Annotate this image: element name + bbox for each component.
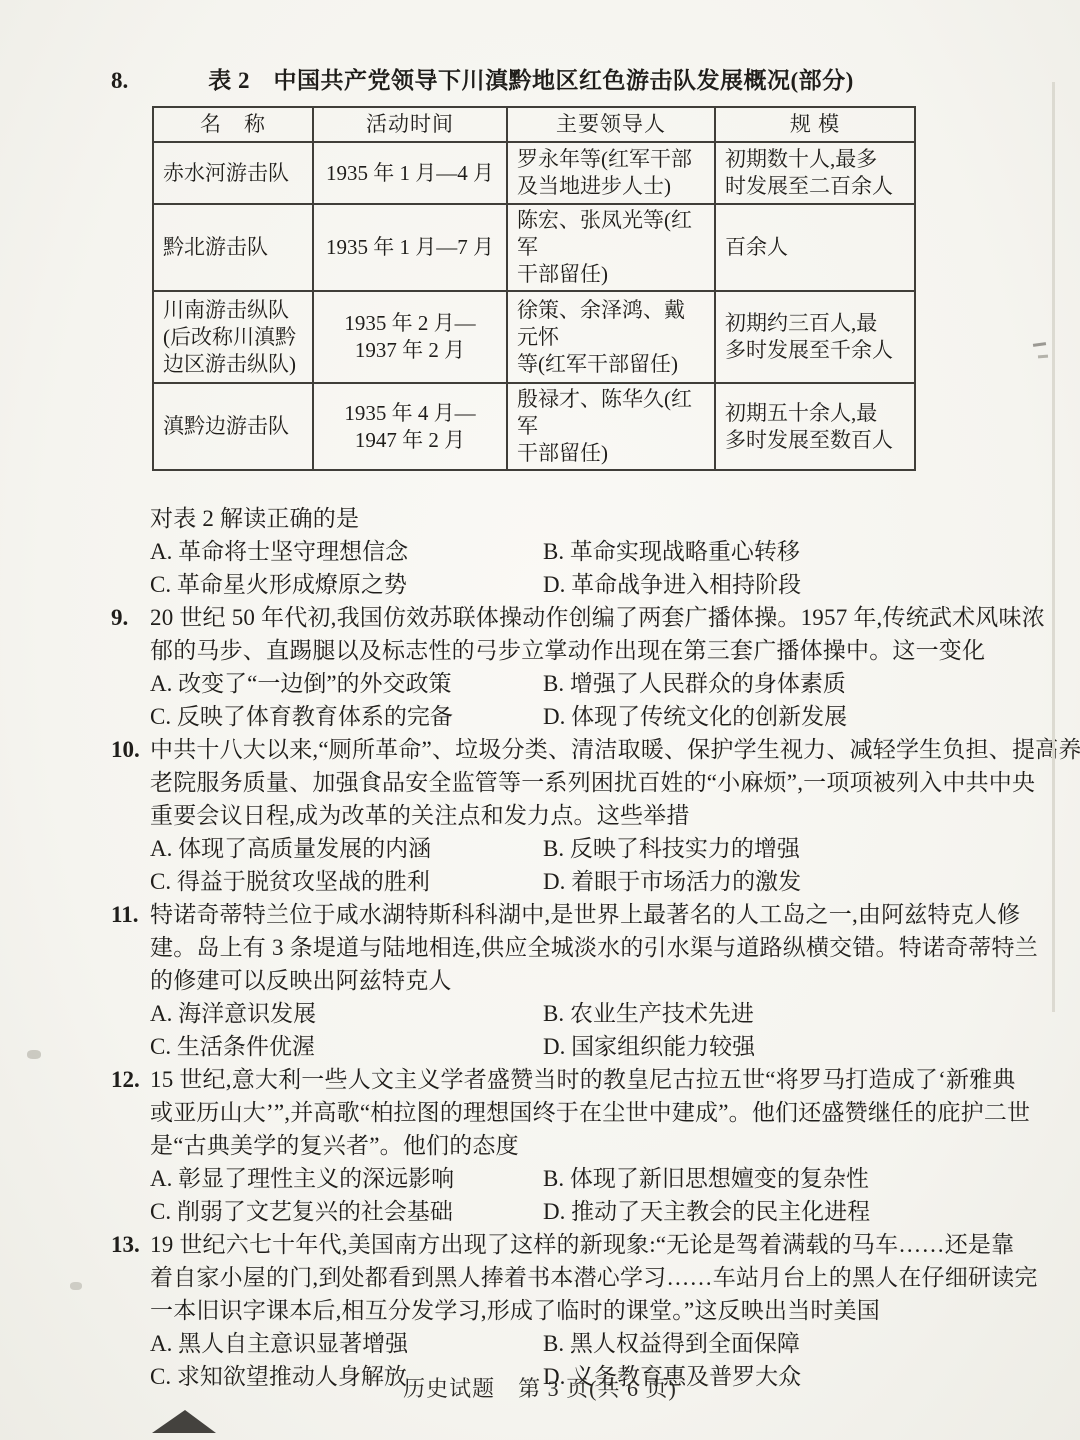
question-text-line: 15 世纪,意大利一些人文主义学者盛赞当时的教皇尼古拉五世“将罗马打造成了‘新雅… <box>150 1063 982 1096</box>
question-8: 8. 表 2 中国共产党领导下川滇黔地区红色游击队发展概况(部分) 名 称 活动… <box>150 64 982 601</box>
question-text-line: 19 世纪六七十年代,美国南方出现了这样的新现象:“无论是驾着满载的马车……还是… <box>150 1228 982 1261</box>
option-a: A. 革命将士坚守理想信念 <box>150 535 543 568</box>
table-row: 川南游击纵队 (后改称川滇黔 边区游击纵队) 1935 年 2 月— 1937 … <box>153 291 915 383</box>
option-d: D. 推动了天主教会的民主化进程 <box>543 1195 982 1228</box>
table-header-name: 名 称 <box>153 107 313 142</box>
question-9-number: 9. <box>111 601 147 634</box>
scan-speck <box>1038 355 1048 359</box>
cell-name: 黔北游击队 <box>153 204 313 291</box>
cell-leaders: 罗永年等(红军干部 及当地进步人士) <box>507 142 715 204</box>
question-text-line: 是“古典美学的复兴者”。他们的态度 <box>150 1129 982 1162</box>
question-text-line: 老院服务质量、加强食品安全监管等一系列困扰百姓的“小麻烦”,一项项被列入中共中央 <box>150 766 982 799</box>
option-a: A. 彰显了理性主义的深远影响 <box>150 1162 543 1195</box>
question-13: 13. 19 世纪六七十年代,美国南方出现了这样的新现象:“无论是驾着满载的马车… <box>150 1228 982 1393</box>
cell-scale: 初期五十余人,最 多时发展至数百人 <box>715 383 915 470</box>
option-row: A. 黑人自主意识显著增强 B. 黑人权益得到全面保障 <box>150 1327 982 1360</box>
question-text-line: 郁的马步、直踢腿以及标志性的弓步立掌动作出现在第三套广播体操中。这一变化 <box>150 634 982 667</box>
option-row: A. 体现了高质量发展的内涵 B. 反映了科技实力的增强 <box>150 832 982 865</box>
option-c: C. 革命星火形成燎原之势 <box>150 568 543 601</box>
scan-speck <box>70 1282 82 1290</box>
option-c: C. 削弱了文艺复兴的社会基础 <box>150 1195 543 1228</box>
exam-page: 8. 表 2 中国共产党领导下川滇黔地区红色游击队发展概况(部分) 名 称 活动… <box>0 0 1080 1440</box>
question-text-line: 着自家小屋的门,到处都看到黑人捧着书本潜心学习……车站月台上的黑人在仔细研读完 <box>150 1261 982 1294</box>
table-header-row: 名 称 活动时间 主要领导人 规 模 <box>153 107 915 142</box>
page-content: 8. 表 2 中国共产党领导下川滇黔地区红色游击队发展概况(部分) 名 称 活动… <box>150 64 982 1393</box>
cell-name: 赤水河游击队 <box>153 142 313 204</box>
option-b: B. 革命实现战略重心转移 <box>543 535 982 568</box>
question-11: 11. 特诺奇蒂特兰位于咸水湖特斯科科湖中,是世界上最著名的人工岛之一,由阿兹特… <box>150 898 982 1063</box>
option-row: A. 海洋意识发展 B. 农业生产技术先进 <box>150 997 982 1030</box>
question-8-stem: 对表 2 解读正确的是 <box>150 502 982 535</box>
table-2-title: 表 2 中国共产党领导下川滇黔地区红色游击队发展概况(部分) <box>150 64 912 98</box>
table-row: 黔北游击队 1935 年 1 月—7 月 陈宏、张凤光等(红军 干部留任) 百余… <box>153 204 915 291</box>
cell-time: 1935 年 1 月—4 月 <box>313 142 507 204</box>
option-row: C. 得益于脱贫攻坚战的胜利 D. 着眼于市场活力的激发 <box>150 865 982 898</box>
cell-time: 1935 年 4 月— 1947 年 2 月 <box>313 383 507 470</box>
cell-name: 川南游击纵队 (后改称川滇黔 边区游击纵队) <box>153 291 313 383</box>
table-2: 名 称 活动时间 主要领导人 规 模 赤水河游击队 1935 年 1 月—4 月… <box>152 106 916 471</box>
question-11-number: 11. <box>111 898 147 931</box>
question-text-line: 20 世纪 50 年代初,我国仿效苏联体操动作创编了两套广播体操。1957 年,… <box>150 601 982 634</box>
cell-scale: 初期约三百人,最 多时发展至千余人 <box>715 291 915 383</box>
option-d: D. 国家组织能力较强 <box>543 1030 982 1063</box>
table-header-scale: 规 模 <box>715 107 915 142</box>
question-text-line: 重要会议日程,成为改革的关注点和发力点。这些举措 <box>150 799 982 832</box>
option-c: C. 生活条件优渥 <box>150 1030 543 1063</box>
cell-time: 1935 年 2 月— 1937 年 2 月 <box>313 291 507 383</box>
option-d: D. 体现了传统文化的创新发展 <box>543 700 982 733</box>
question-text-line: 建。岛上有 3 条堤道与陆地相连,供应全城淡水的引水渠与道路纵横交错。特诺奇蒂特… <box>150 931 982 964</box>
option-row: C. 生活条件优渥 D. 国家组织能力较强 <box>150 1030 982 1063</box>
question-12: 12. 15 世纪,意大利一些人文主义学者盛赞当时的教皇尼古拉五世“将罗马打造成… <box>150 1063 982 1228</box>
option-a: A. 黑人自主意识显著增强 <box>150 1327 543 1360</box>
question-10-number: 10. <box>111 733 147 766</box>
scan-speck <box>27 1050 41 1059</box>
option-c: C. 反映了体育教育体系的完备 <box>150 700 543 733</box>
cell-leaders: 陈宏、张凤光等(红军 干部留任) <box>507 204 715 291</box>
question-text-line: 或亚历山大’”,并高歌“柏拉图的理想国终于在尘世中建成”。他们还盛赞继任的庇护二… <box>150 1096 982 1129</box>
cell-scale: 百余人 <box>715 204 915 291</box>
question-text-line: 中共十八大以来,“厕所革命”、垃圾分类、清洁取暖、保护学生视力、减轻学生负担、提… <box>150 733 982 766</box>
option-c: C. 得益于脱贫攻坚战的胜利 <box>150 865 543 898</box>
scan-edge-line <box>1052 82 1055 1012</box>
cell-leaders: 徐策、余泽鸿、戴元怀 等(红军干部留任) <box>507 291 715 383</box>
table-header-leaders: 主要领导人 <box>507 107 715 142</box>
option-d: D. 革命战争进入相持阶段 <box>543 568 982 601</box>
scan-speck <box>1033 342 1046 347</box>
option-b: B. 体现了新旧思想嬗变的复杂性 <box>543 1162 982 1195</box>
question-text-line: 一本旧识字课本后,相互分发学习,形成了临时的课堂。”这反映出当时美国 <box>150 1294 982 1327</box>
option-a: A. 体现了高质量发展的内涵 <box>150 832 543 865</box>
option-row: C. 削弱了文艺复兴的社会基础 D. 推动了天主教会的民主化进程 <box>150 1195 982 1228</box>
table-row: 赤水河游击队 1935 年 1 月—4 月 罗永年等(红军干部 及当地进步人士)… <box>153 142 915 204</box>
table-row: 滇黔边游击队 1935 年 4 月— 1947 年 2 月 殷禄才、陈华久(红军… <box>153 383 915 470</box>
question-9: 9. 20 世纪 50 年代初,我国仿效苏联体操动作创编了两套广播体操。1957… <box>150 601 982 733</box>
scan-corner-triangle <box>152 1410 216 1433</box>
question-text-line: 的修建可以反映出阿兹特克人 <box>150 964 982 997</box>
question-text-line: 特诺奇蒂特兰位于咸水湖特斯科科湖中,是世界上最著名的人工岛之一,由阿兹特克人修 <box>150 898 982 931</box>
option-b: B. 黑人权益得到全面保障 <box>543 1327 982 1360</box>
question-12-number: 12. <box>111 1063 147 1096</box>
option-row: C. 反映了体育教育体系的完备 D. 体现了传统文化的创新发展 <box>150 700 982 733</box>
cell-leaders: 殷禄才、陈华久(红军 干部留任) <box>507 383 715 470</box>
option-d: D. 着眼于市场活力的激发 <box>543 865 982 898</box>
option-row: A. 彰显了理性主义的深远影响 B. 体现了新旧思想嬗变的复杂性 <box>150 1162 982 1195</box>
question-13-number: 13. <box>111 1228 147 1261</box>
table-header-time: 活动时间 <box>313 107 507 142</box>
option-b: B. 增强了人民群众的身体素质 <box>543 667 982 700</box>
cell-scale: 初期数十人,最多 时发展至二百余人 <box>715 142 915 204</box>
option-b: B. 农业生产技术先进 <box>543 997 982 1030</box>
option-row: A. 革命将士坚守理想信念 B. 革命实现战略重心转移 <box>150 535 982 568</box>
question-10: 10. 中共十八大以来,“厕所革命”、垃圾分类、清洁取暖、保护学生视力、减轻学生… <box>150 733 982 898</box>
page-footer: 历史试题 第 3 页(共 6 页) <box>0 1372 1080 1405</box>
option-a: A. 改变了“一边倒”的外交政策 <box>150 667 543 700</box>
option-row: A. 改变了“一边倒”的外交政策 B. 增强了人民群众的身体素质 <box>150 667 982 700</box>
option-a: A. 海洋意识发展 <box>150 997 543 1030</box>
cell-name: 滇黔边游击队 <box>153 383 313 470</box>
option-b: B. 反映了科技实力的增强 <box>543 832 982 865</box>
cell-time: 1935 年 1 月—7 月 <box>313 204 507 291</box>
option-row: C. 革命星火形成燎原之势 D. 革命战争进入相持阶段 <box>150 568 982 601</box>
question-8-number: 8. <box>111 64 147 97</box>
